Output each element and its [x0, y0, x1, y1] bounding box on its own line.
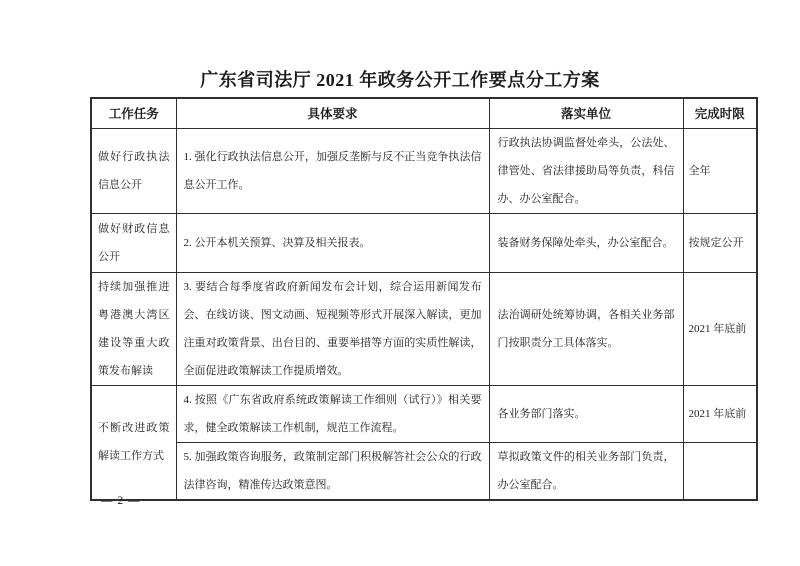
table-row: 持续加强推进粤港澳大湾区建设等重大政策发布解读 3. 要结合每季度省政府新闻发布… — [91, 272, 757, 385]
task-cell: 持续加强推进粤港澳大湾区建设等重大政策发布解读 — [91, 272, 176, 385]
requirement-cell: 1. 强化行政执法信息公开，加强反垄断与反不正当竞争执法信息公开工作。 — [176, 128, 489, 213]
document-page: 广东省司法厅 2021 年政务公开工作要点分工方案 工作任务 具体要求 落实单位… — [0, 0, 800, 566]
table-row: 做好财政信息公开 2. 公开本机关预算、决算及相关报表。 装备财务保障处牵头，办… — [91, 213, 757, 272]
requirement-cell: 3. 要结合每季度省政府新闻发布会计划，综合运用新闻发布会、在线访谈、图文动画、… — [176, 272, 489, 385]
unit-cell: 各业务部门落实。 — [489, 385, 683, 442]
task-cell: 不断改进政策解读工作方式 — [91, 385, 176, 500]
document-title: 广东省司法厅 2021 年政务公开工作要点分工方案 — [0, 66, 800, 92]
table-row: 不断改进政策解读工作方式 4. 按照《广东省政府系统政策解读工作细则（试行）》相… — [91, 385, 757, 442]
deadline-cell: 2021 年底前 — [683, 385, 757, 442]
deadline-cell: 按规定公开 — [683, 213, 757, 272]
page-number: — 2 — — [101, 495, 141, 507]
unit-cell: 法治调研处统筹协调，各相关业务部门按职责分工具体落实。 — [489, 272, 683, 385]
column-header-requirement: 具体要求 — [176, 98, 489, 128]
work-plan-table: 工作任务 具体要求 落实单位 完成时限 做好行政执法信息公开 1. 强化行政执法… — [90, 97, 758, 501]
requirement-cell: 2. 公开本机关预算、决算及相关报表。 — [176, 213, 489, 272]
requirement-cell: 4. 按照《广东省政府系统政策解读工作细则（试行）》相关要求，健全政策解读工作机… — [176, 385, 489, 442]
column-header-deadline: 完成时限 — [683, 98, 757, 128]
deadline-cell: 2021 年底前 — [683, 272, 757, 385]
deadline-cell: 全年 — [683, 128, 757, 213]
unit-cell: 草拟政策文件的相关业务部门负责，办公室配合。 — [489, 442, 683, 500]
deadline-cell — [683, 442, 757, 500]
column-header-task: 工作任务 — [91, 98, 176, 128]
column-header-unit: 落实单位 — [489, 98, 683, 128]
table-header-row: 工作任务 具体要求 落实单位 完成时限 — [91, 98, 757, 128]
table-row: 5. 加强政策咨询服务，政策制定部门积极解答社会公众的行政法律咨询，精准传达政策… — [91, 442, 757, 500]
task-cell: 做好财政信息公开 — [91, 213, 176, 272]
table-row: 做好行政执法信息公开 1. 强化行政执法信息公开，加强反垄断与反不正当竞争执法信… — [91, 128, 757, 213]
unit-cell: 装备财务保障处牵头，办公室配合。 — [489, 213, 683, 272]
unit-cell: 行政执法协调监督处牵头，公法处、律管处、省法律援助局等负责，科信办、办公室配合。 — [489, 128, 683, 213]
requirement-cell: 5. 加强政策咨询服务，政策制定部门积极解答社会公众的行政法律咨询，精准传达政策… — [176, 442, 489, 500]
task-cell: 做好行政执法信息公开 — [91, 128, 176, 213]
